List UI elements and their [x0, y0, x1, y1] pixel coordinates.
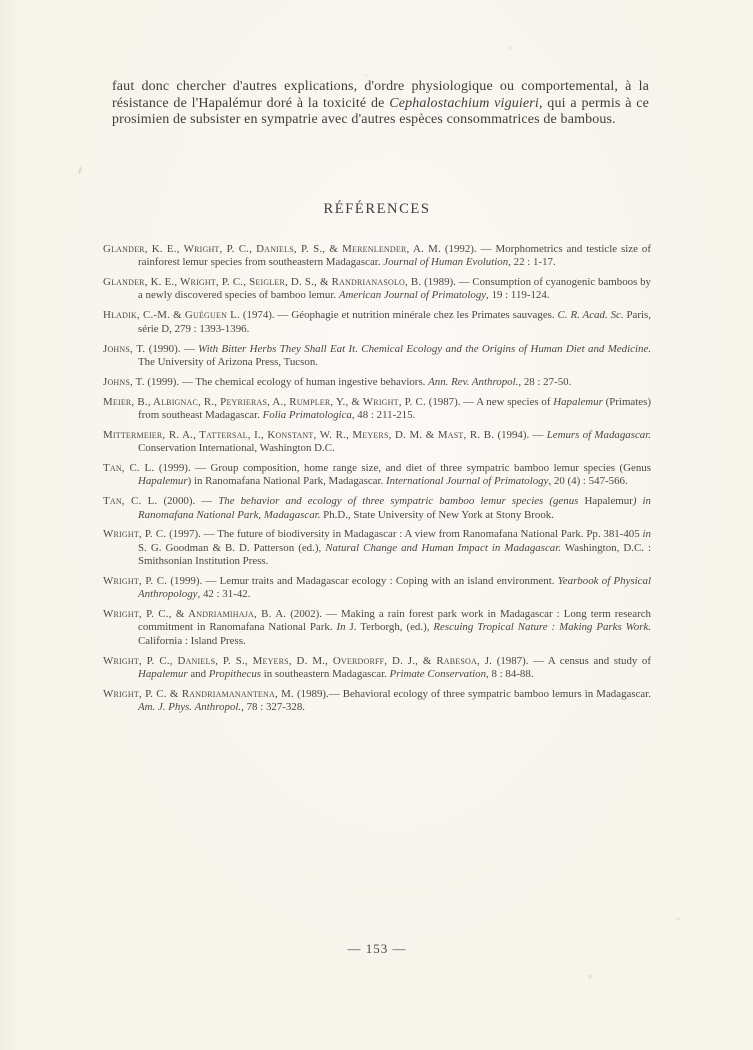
text-run: Conservation International, Washington D…: [138, 442, 335, 454]
text-run: The University of Arizona Press, Tucson.: [138, 356, 318, 368]
text-run: (2000). —: [157, 495, 218, 507]
text-run: Ph.D., State University of New York at S…: [320, 509, 554, 521]
scan-speck: [78, 167, 82, 174]
text-run: Tan, C. L.: [103, 462, 154, 474]
text-run: Glander, K. E., Wright, P. C., Daniels, …: [103, 243, 441, 255]
reference-entry: Glander, K. E., Wright, P. C., Daniels, …: [103, 243, 651, 270]
reference-entry: Meier, B., Albignac, R., Peyrieras, A., …: [103, 396, 651, 423]
reference-entry: Johns, T. (1999). — The chemical ecology…: [103, 376, 651, 389]
text-run: In: [337, 621, 346, 633]
text-run: , 20 (4) : 547-566.: [548, 475, 627, 487]
scan-speck: [364, 74, 368, 77]
text-run: (1987). — A census and study of: [492, 655, 651, 667]
text-run: Hladik, C.-M. & Guéguen L.: [103, 309, 240, 321]
text-run: , 48 : 211-215.: [352, 409, 415, 421]
reference-entry: Mittermeier, R. A., Tattersal, I., Konst…: [103, 429, 651, 456]
text-run: Journal of Human Evolution: [383, 256, 508, 268]
text-run: Natural Change and Human Impact in Madag…: [325, 542, 561, 554]
text-run: , 19 : 119-124.: [486, 289, 549, 301]
text-run: Wright, P. C. & Randriamanantena, M.: [103, 688, 294, 700]
text-run: ) in Ranomafana National Park, Madagasca…: [188, 475, 386, 487]
text-run: Cephalostachium viguieri: [389, 96, 539, 111]
text-run: Wright, P. C.: [103, 528, 166, 540]
references-heading: RÉFÉRENCES: [103, 201, 651, 218]
reference-entry: Johns, T. (1990). — With Bitter Herbs Th…: [103, 343, 651, 370]
text-run: (1994). —: [494, 429, 547, 441]
text-run: Hapalemur: [138, 475, 188, 487]
text-run: Lemurs of Madagascar.: [547, 429, 651, 441]
text-run: Propithecus: [209, 668, 261, 680]
reference-entry: Wright, P. C. (1997). — The future of bi…: [103, 528, 651, 568]
text-run: Wright, P. C., Daniels, P. S., Meyers, D…: [103, 655, 492, 667]
text-run: Hapalemur: [138, 668, 188, 680]
references-list: Glander, K. E., Wright, P. C., Daniels, …: [103, 243, 651, 721]
reference-entry: Wright, P. C. & Randriamanantena, M. (19…: [103, 688, 651, 715]
text-run: S. G. Goodman & B. D. Patterson (ed.),: [138, 542, 325, 554]
text-run: (1974). — Géophagie et nutrition minéral…: [240, 309, 558, 321]
text-run: Tan, C. L.: [103, 495, 157, 507]
text-run: Ann. Rev. Anthropol.: [428, 376, 518, 388]
reference-entry: Tan, C. L. (1999). — Group composition, …: [103, 462, 651, 489]
text-run: , 22 : 1-17.: [508, 256, 556, 268]
text-run: Meier, B., Albignac, R., Peyrieras, A., …: [103, 396, 426, 408]
text-run: in: [643, 528, 651, 540]
text-run: International Journal of Primatology: [386, 475, 548, 487]
scanned-page: faut donc chercher d'autres explications…: [0, 0, 753, 1050]
text-run: Hapalemur: [584, 495, 632, 507]
text-run: C. R. Acad. Sc.: [558, 309, 624, 321]
text-run: Johns, T.: [103, 376, 145, 388]
text-run: (1989).— Behavioral ecology of three sym…: [294, 688, 651, 700]
text-run: and: [188, 668, 209, 680]
text-run: American Journal of Primatology: [339, 289, 486, 301]
scan-speck: [508, 46, 513, 50]
text-run: Primate Conservation: [390, 668, 487, 680]
text-run: in southeastern Madagascar.: [261, 668, 390, 680]
text-run: Mittermeier, R. A., Tattersal, I., Konst…: [103, 429, 494, 441]
reference-entry: Wright, P. C., Daniels, P. S., Meyers, D…: [103, 655, 651, 682]
text-run: (1987). — A new species of: [426, 396, 553, 408]
text-run: California : Island Press.: [138, 635, 246, 647]
text-run: (1999). — Lemur traits and Madagascar ec…: [167, 575, 558, 587]
text-run: (1999). — The chemical ecology of human …: [145, 376, 428, 388]
reference-entry: Wright, P. C. (1999). — Lemur traits and…: [103, 575, 651, 602]
page-number: — 153 —: [103, 942, 651, 955]
text-run: , 8 : 84-88.: [486, 668, 534, 680]
text-run: Glander, K. E., Wright, P. C., Seigler, …: [103, 276, 421, 288]
text-run: , 78 : 327-328.: [241, 701, 305, 713]
scan-speck: [676, 917, 680, 920]
text-run: (1999). — Group composition, home range …: [154, 462, 651, 474]
text-run: Folia Primatologica: [263, 409, 352, 421]
text-run: (1990). —: [145, 343, 198, 355]
text-run: Wright, P. C.: [103, 575, 167, 587]
reference-entry: Glander, K. E., Wright, P. C., Seigler, …: [103, 276, 651, 303]
text-run: , 42 : 31-42.: [198, 588, 251, 600]
text-run: Rescuing Tropical Nature : Making Parks …: [433, 621, 651, 633]
reference-entry: Hladik, C.-M. & Guéguen L. (1974). — Géo…: [103, 309, 651, 336]
scan-speck: [588, 974, 592, 979]
text-run: Johns, T.: [103, 343, 145, 355]
text-run: Am. J. Phys. Anthropol.: [138, 701, 241, 713]
text-run: , 28 : 27-50.: [518, 376, 571, 388]
text-run: The behavior and ecology of three sympat…: [218, 495, 584, 507]
text-run: Wright, P. C., & Andriamihaja, B. A.: [103, 608, 286, 620]
text-run: With Bitter Herbs They Shall Eat It. Che…: [198, 343, 651, 355]
reference-entry: Tan, C. L. (2000). — The behavior and ec…: [103, 495, 651, 522]
text-run: (1997). — The future of biodiversity in …: [166, 528, 642, 540]
intro-paragraph: faut donc chercher d'autres explications…: [112, 79, 649, 129]
text-run: Hapalemur: [553, 396, 603, 408]
reference-entry: Wright, P. C., & Andriamihaja, B. A. (20…: [103, 608, 651, 648]
text-run: J. Terborgh, (ed.),: [346, 621, 434, 633]
